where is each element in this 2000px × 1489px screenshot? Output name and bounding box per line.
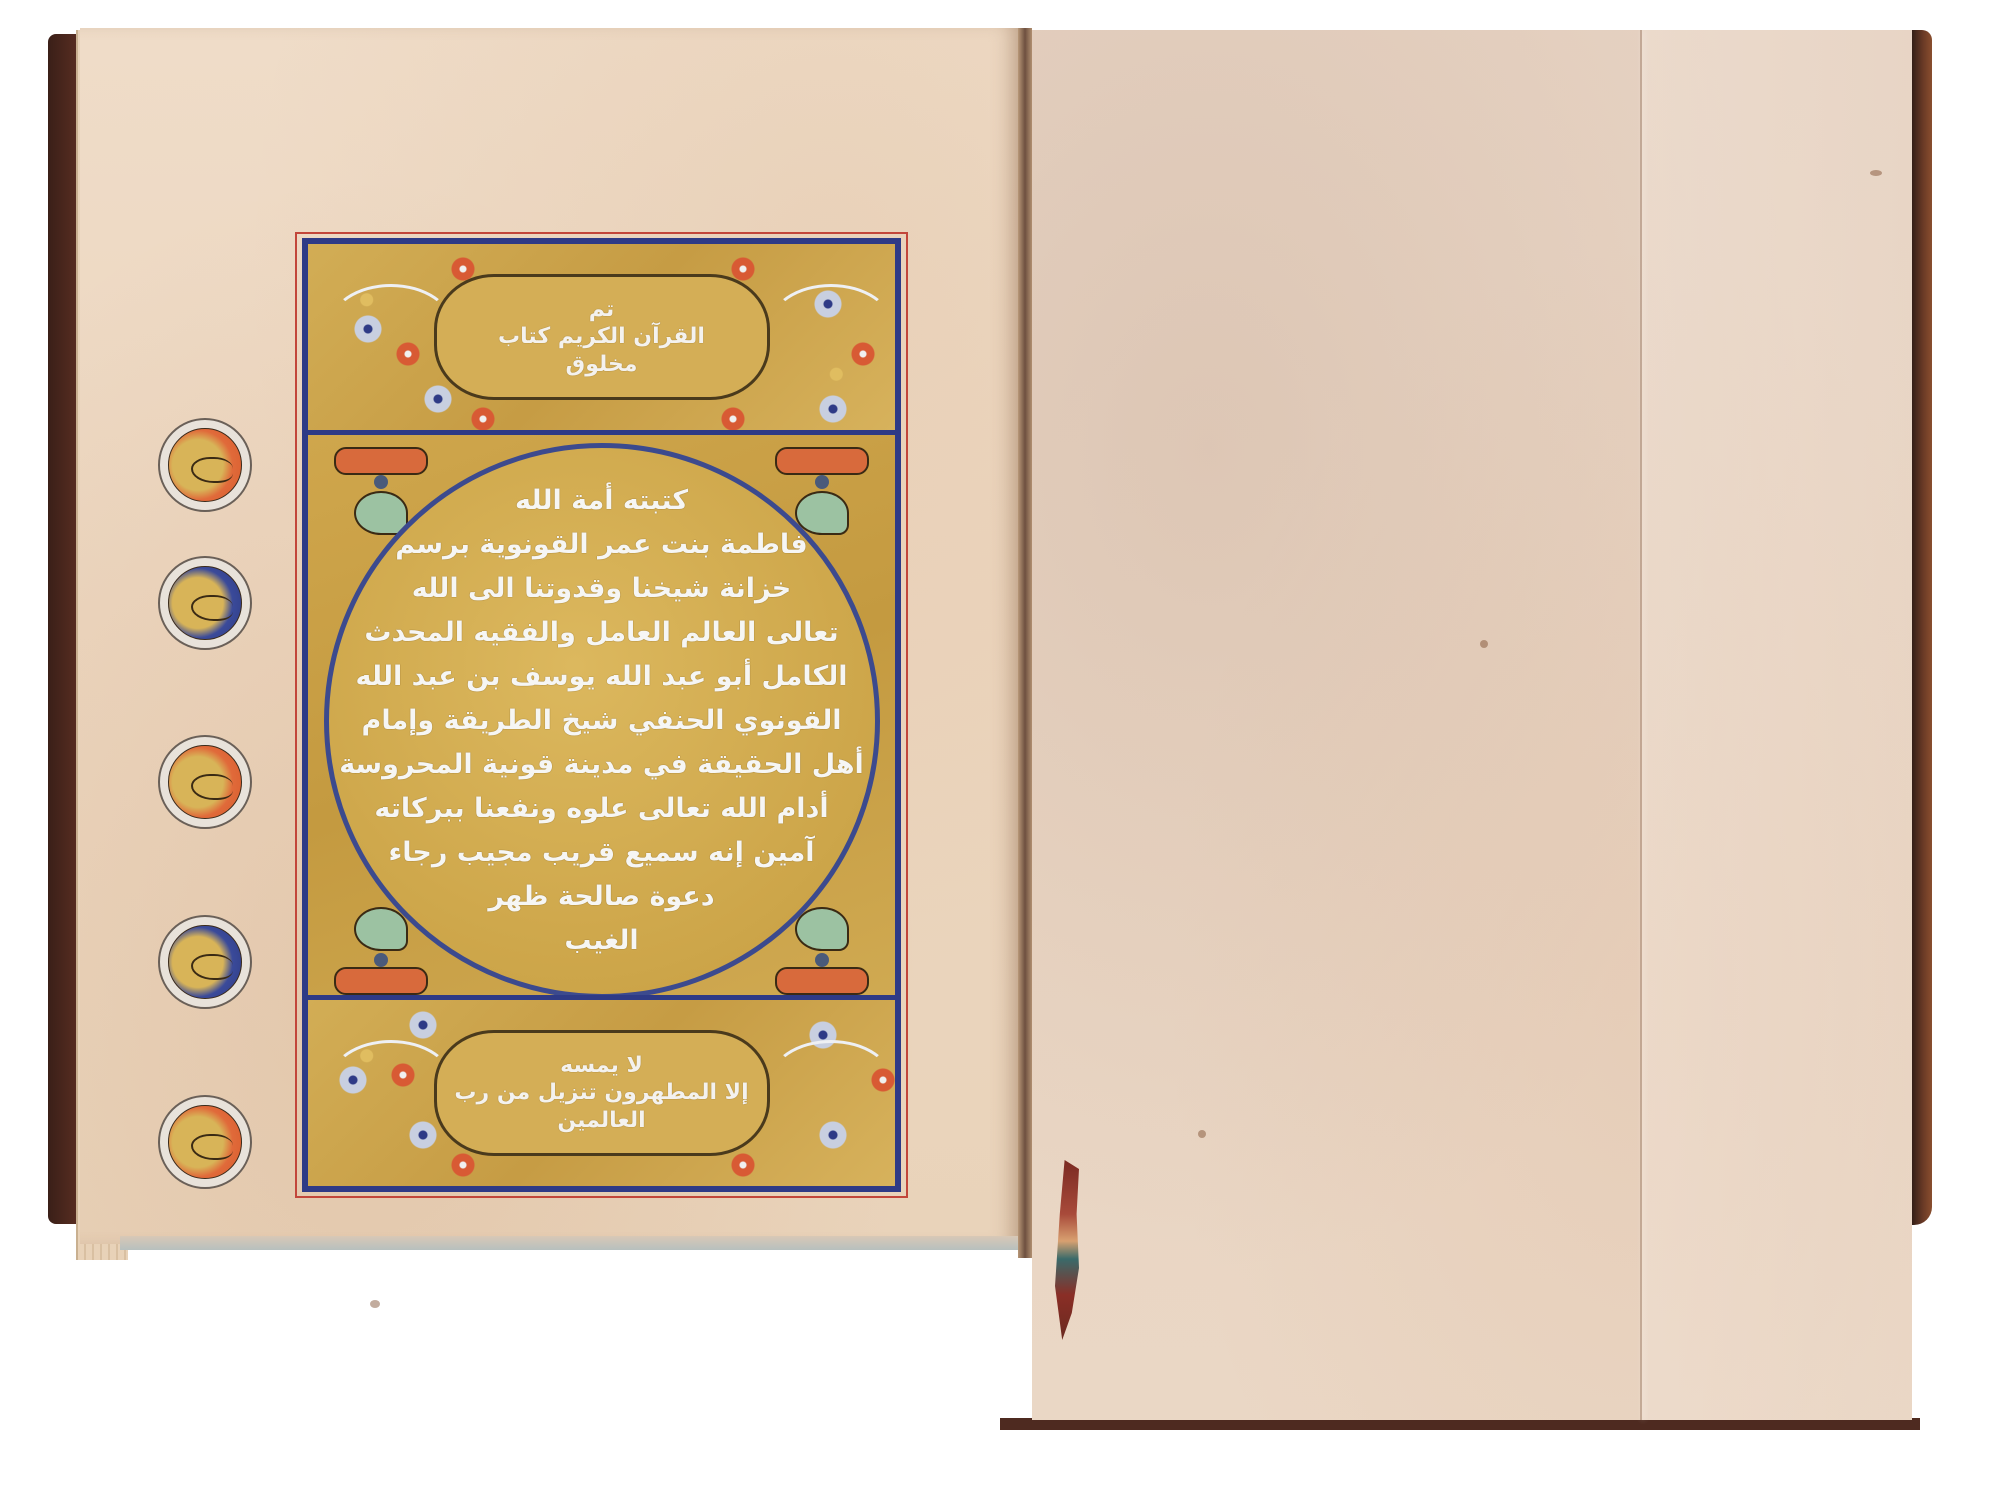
colophon-line: كتبته أمة الله <box>515 479 688 523</box>
colophon-line: دعوة صالحة ظهر <box>488 875 714 919</box>
foxing-spot <box>1870 170 1882 176</box>
colophon-line: الغيب <box>564 919 638 963</box>
margin-roundel <box>158 1095 252 1189</box>
colophon-line: خزانة شيخنا وقدوتنا الى الله <box>412 567 791 611</box>
colophon-line: فاطمة بنت عمر القونوية برسم <box>395 523 807 567</box>
colophon-line: تعالى العالم العامل والفقيه المحدث <box>364 611 838 655</box>
margin-roundel <box>158 556 252 650</box>
book-gutter <box>1018 28 1032 1258</box>
bottom-cartouche: لا يمسه إلا المطهرون تنزيل من رب العالمي… <box>434 1030 770 1156</box>
foxing-spot <box>370 1300 380 1308</box>
illuminated-panel: تم القرآن الكريم كتاب مخلوق <box>302 238 901 1192</box>
colophon-line: القونوي الحنفي شيخ الطريقة وإمام <box>362 699 842 743</box>
top-cartouche-line: تم <box>589 296 615 324</box>
margin-roundel <box>158 418 252 512</box>
foxing-spot <box>1198 1130 1206 1138</box>
bottom-cartouche-line: العالمين <box>557 1107 645 1135</box>
foxing-spot <box>1480 640 1488 648</box>
top-floral-band: تم القرآن الكريم كتاب مخلوق <box>308 244 895 435</box>
colophon-medallion: كتبته أمة الله فاطمة بنت عمر القونوية بر… <box>324 443 880 999</box>
flyleaf-fold-line <box>1640 30 1642 1420</box>
flyleaf-flap <box>1642 30 1912 1420</box>
colophon-line: أدام الله تعالى علوه ونفعنا ببركاته <box>374 787 828 831</box>
colophon-line: الكامل أبو عبد الله يوسف بن عبد الله <box>355 655 847 699</box>
colophon-line: آمين إنه سميع قريب مجيب رجاء <box>388 831 814 875</box>
leather-cover-right <box>1910 30 1932 1225</box>
colophon-line: أهل الحقيقة في مدينة قونية المحروسة <box>339 743 864 787</box>
left-page-bottom-edge <box>120 1236 1020 1250</box>
margin-roundel <box>158 915 252 1009</box>
top-cartouche-line: مخلوق <box>566 351 638 379</box>
bottom-floral-band: لا يمسه إلا المطهرون تنزيل من رب العالمي… <box>308 995 895 1186</box>
top-cartouche: تم القرآن الكريم كتاب مخلوق <box>434 274 770 400</box>
colophon-field: كتبته أمة الله فاطمة بنت عمر القونوية بر… <box>308 435 895 1007</box>
margin-roundel <box>158 735 252 829</box>
top-cartouche-line: القرآن الكريم كتاب <box>498 323 705 351</box>
bottom-cartouche-line: إلا المطهرون تنزيل من رب <box>454 1079 748 1107</box>
bottom-cartouche-line: لا يمسه <box>560 1052 643 1080</box>
